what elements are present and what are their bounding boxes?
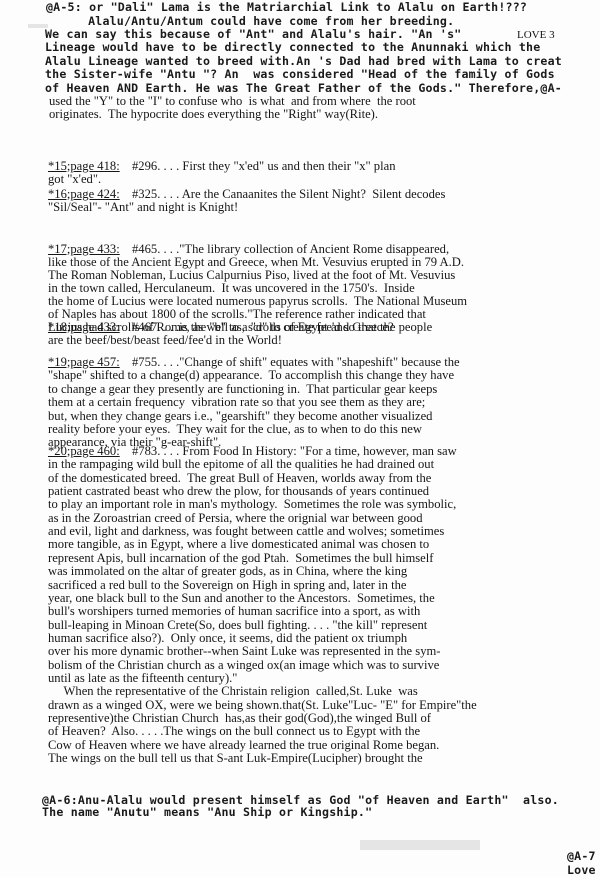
footer-ref: @A-7 — [567, 850, 596, 863]
entry-line: are the beef/best/beast feed/fee'd in th… — [48, 334, 282, 347]
margin-tag-love3: LOVE 3 — [517, 29, 555, 41]
entry-ref: *17;page 433: — [48, 242, 120, 256]
entry-ref: *20;page 460: — [48, 444, 120, 458]
note-a5-line: @A-5: or "Dali" Lama is the Matriarchial… — [46, 1, 527, 14]
entry-ref: *18;page 433: — [48, 320, 120, 334]
entry-line: bull's worshipers turned memories of hum… — [48, 605, 420, 618]
entry-text: . . ."The library collection of Ancient … — [160, 242, 449, 256]
entry-number: #296. — [126, 159, 161, 173]
entry-text: . . . From Food In History: "For a time,… — [160, 444, 456, 458]
scan-smudge — [360, 840, 480, 850]
entry-ref: *15;page 418: — [48, 159, 120, 173]
entry-line: "shape" shifted to a change(d) appearanc… — [48, 369, 454, 382]
entry-line: over his more dynamic brother--when Sain… — [48, 645, 441, 658]
entry-ref: *16;page 424: — [48, 187, 120, 201]
entry-line: "Sil/Seal"- "Ant" and night is Knight! — [48, 201, 238, 214]
entry-number: #467. — [126, 320, 161, 334]
entry-line: When the representative of the Christain… — [48, 685, 418, 698]
document-page: @A-5: or "Dali" Lama is the Matriarchial… — [0, 0, 600, 877]
note-a5-line: Lineage would have to be directly connec… — [45, 41, 540, 54]
scan-smudge — [28, 24, 48, 28]
entry-text: . . . First they "x'ed" us and then thei… — [160, 159, 395, 173]
note-a5-line: the Sister-wife "Antu "? An was consider… — [45, 68, 555, 81]
entry-line: of Heaven? Also. . . . .The wings on the… — [48, 725, 420, 738]
entry-ref: *19;page 457: — [48, 355, 120, 369]
entry-line: was immolated on the altar of greater go… — [48, 565, 407, 578]
entry-line: The wings on the bull tell us that S-ant… — [48, 752, 423, 765]
entry-text: . . .is the "b" to a "d" to create fee'd… — [160, 320, 432, 334]
entry-line: got "x'ed". — [48, 173, 101, 186]
entry-number: #755. — [126, 355, 161, 369]
entry-number: #465. — [126, 242, 161, 256]
entry-text: . . . Are the Canaanites the Silent Nigh… — [160, 187, 445, 201]
entry-line: more tangible, as in Egypt, where a live… — [48, 538, 429, 551]
footer-tag: Love — [567, 864, 596, 877]
entry-number: #325. — [126, 187, 161, 201]
note-a5-serif-line: originates. The hypocrite does everythin… — [49, 108, 378, 121]
entry-number: #783. — [126, 444, 161, 458]
entry-line: to play an important role in man's mytho… — [48, 498, 456, 511]
entry-line: in the rampaging wild bull the epitome o… — [48, 458, 434, 471]
entry-text: . . ."Change of shift" equates with "sha… — [160, 355, 459, 369]
note-a6-line: The name "Anutu" means "Anu Ship or King… — [42, 806, 372, 819]
entry-line: them at a certain frequency vibration ra… — [48, 396, 425, 409]
